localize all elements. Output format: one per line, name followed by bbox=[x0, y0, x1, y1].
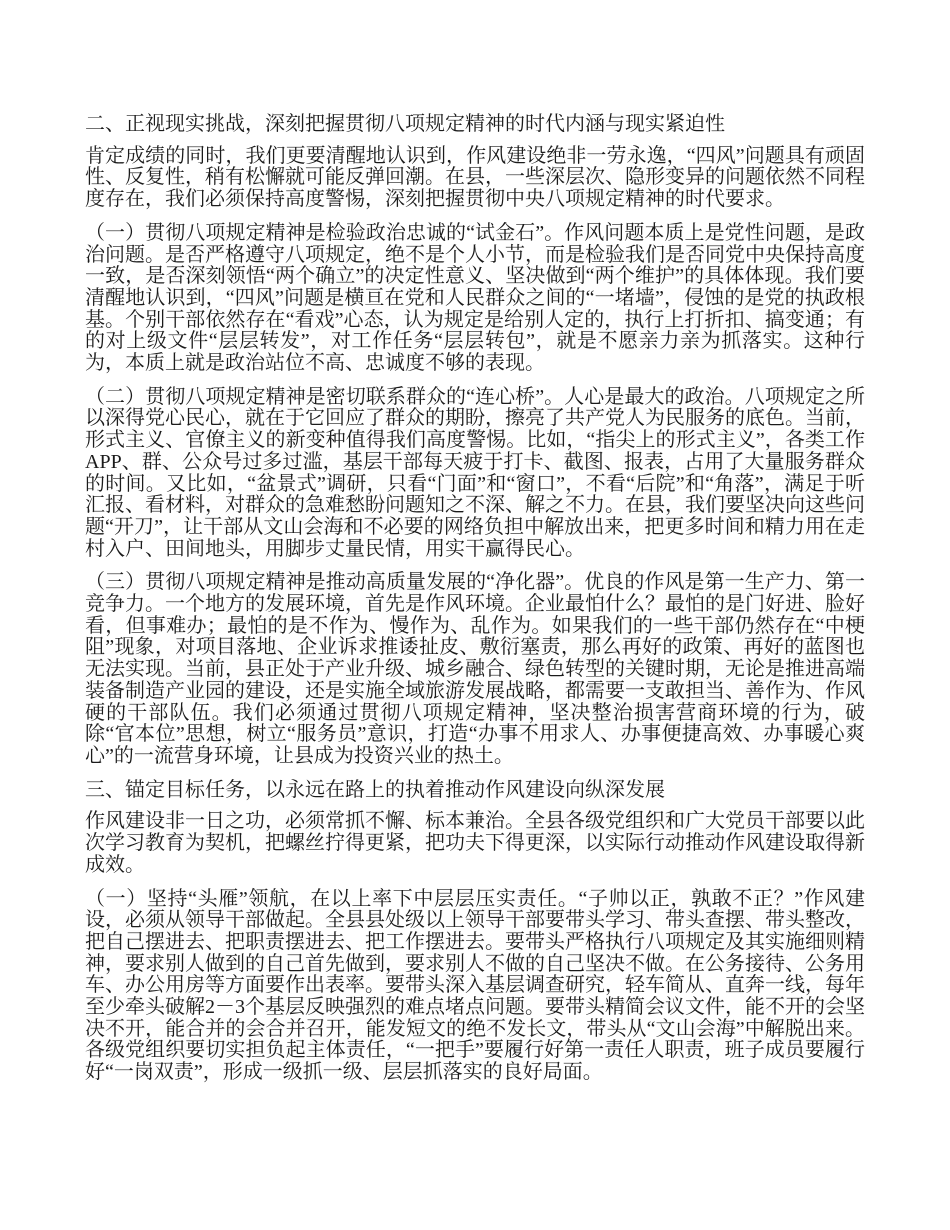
paragraph-point-2-bridge: （二）贯彻八项规定精神是密切联系群众的“连心桥”。人心是最大的政治。八项规定之所… bbox=[85, 387, 865, 561]
paragraph-point-1-touchstone: （一）贯彻八项规定精神是检验政治忠诚的“试金石”。作风问题本质上是党性问题，是政… bbox=[85, 223, 865, 375]
section-heading-goals: 三、锚定目标任务，以永远在路上的执着推动作风建设向纵深发展 bbox=[85, 780, 865, 802]
paragraph-intro-challenges: 肯定成绩的同时，我们更要清醒地认识到，作风建设绝非一劳永逸，“四风”问题具有顽固… bbox=[85, 146, 865, 211]
document-page: 二、正视现实挑战，深刻把握贯彻八项规定精神的时代内涵与现实紧迫性 肯定成绩的同时… bbox=[0, 0, 950, 1230]
section-heading-challenges: 二、正视现实挑战，深刻把握贯彻八项规定精神的时代内涵与现实紧迫性 bbox=[85, 114, 865, 136]
paragraph-intro-goals: 作风建设非一日之功，必须常抓不懈、标本兼治。全县各级党组织和广大党员干部要以此次… bbox=[85, 811, 865, 876]
paragraph-point-3-purifier: （三）贯彻八项规定精神是推动高质量发展的“净化器”。优良的作风是第一生产力、第一… bbox=[85, 572, 865, 767]
document-body: 二、正视现实挑战，深刻把握贯彻八项规定精神的时代内涵与现实紧迫性 肯定成绩的同时… bbox=[85, 114, 865, 1084]
paragraph-point-1-leadership: （一）坚持“头雁”领航，在以上率下中层层压实责任。“子帅以正，孰敢不正？”作风建… bbox=[85, 889, 865, 1084]
